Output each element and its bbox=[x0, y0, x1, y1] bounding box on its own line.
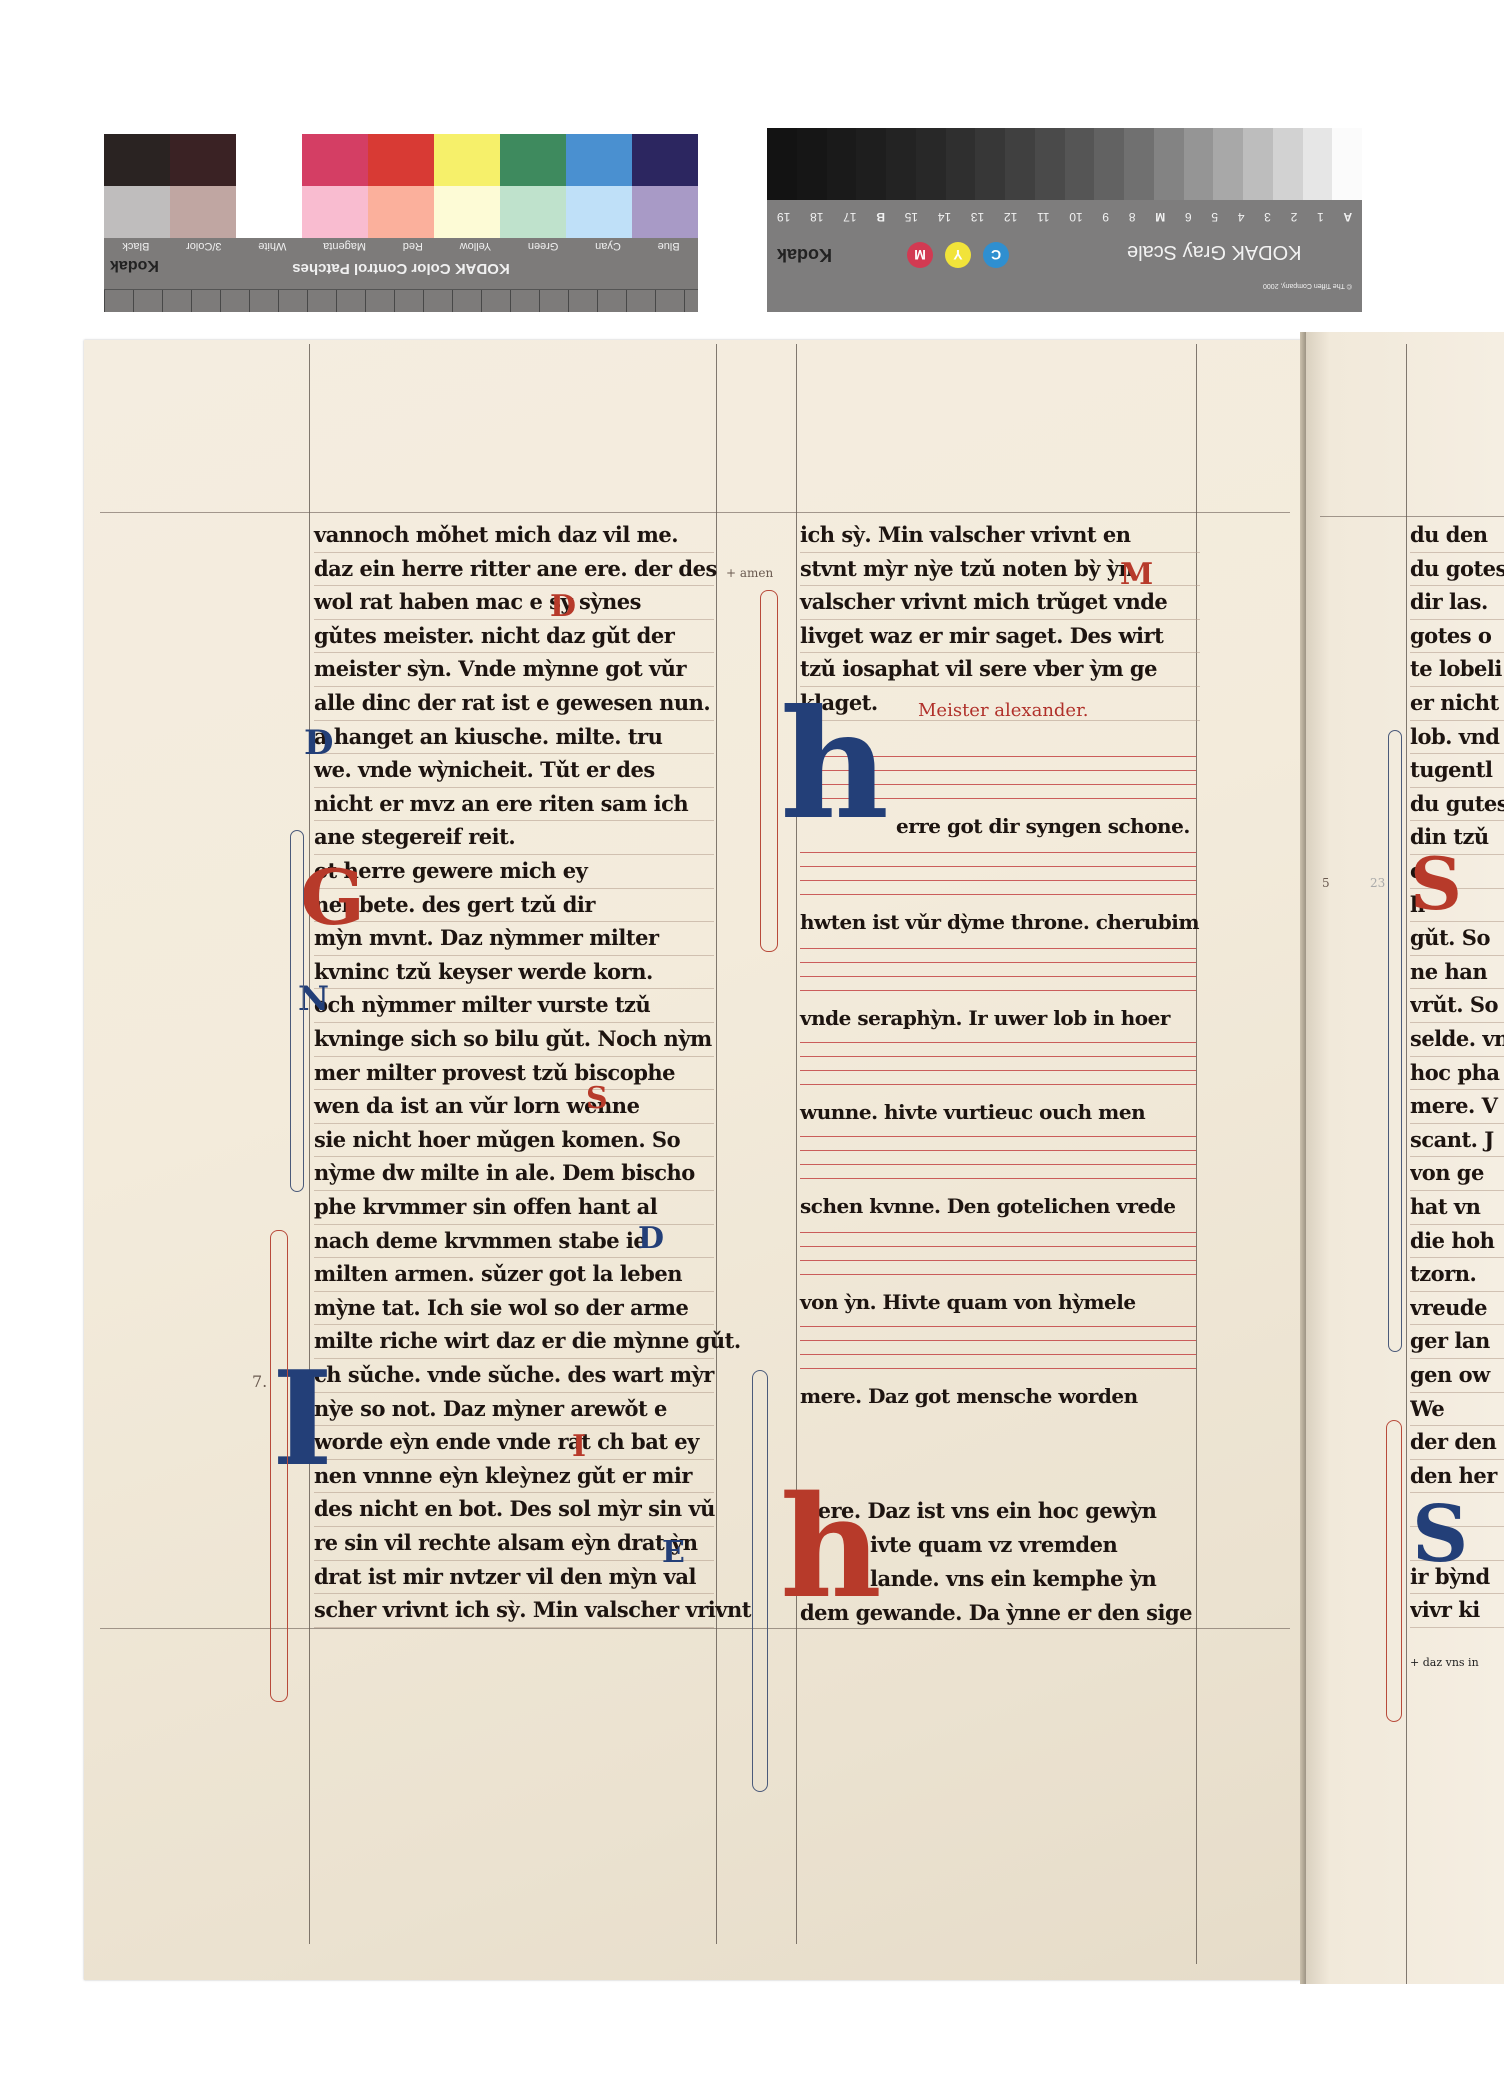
text-line: te lobeli bbox=[1410, 658, 1502, 679]
text-line: alle dinc der rat ist e gewesen nun. bbox=[314, 692, 710, 713]
ruled-line bbox=[314, 1526, 714, 1527]
ruled-line bbox=[314, 1089, 714, 1090]
text-line: du den bbox=[1410, 524, 1488, 545]
color-patch bbox=[632, 134, 698, 238]
margin-note: 7. bbox=[252, 1372, 267, 1391]
ruled-line bbox=[314, 820, 714, 821]
ruled-line bbox=[314, 955, 714, 956]
gray-step-label: 2 bbox=[1291, 210, 1298, 224]
text-line: er nicht bbox=[1410, 692, 1499, 713]
text-line: tzorn. bbox=[1410, 1263, 1476, 1284]
gray-step bbox=[886, 128, 916, 200]
color-patch bbox=[302, 134, 368, 238]
text-line: scant. J bbox=[1410, 1129, 1494, 1150]
ruled-line bbox=[314, 1627, 714, 1628]
initial-d: D bbox=[638, 1224, 664, 1254]
gray-step bbox=[916, 128, 946, 200]
text-line: lande. vns ein kemphe ỳn bbox=[870, 1568, 1156, 1589]
lyric-line: vnde seraphỳn. Ir uwer lob in hoer bbox=[800, 1008, 1170, 1028]
text-line: ger lan bbox=[1410, 1330, 1490, 1351]
ruled-line bbox=[314, 1190, 714, 1191]
text-line: gǔt. So bbox=[1410, 927, 1490, 948]
ruled-line bbox=[1410, 1224, 1504, 1225]
gray-step-label: 19 bbox=[777, 210, 790, 224]
music-staff-line bbox=[800, 1070, 1196, 1071]
ruled-line bbox=[1410, 1392, 1504, 1393]
rubric-heading: Meister alexander. bbox=[918, 700, 1088, 721]
pen-flourish bbox=[752, 1370, 768, 1792]
initial-s: S bbox=[1410, 848, 1462, 920]
gray-step bbox=[1303, 128, 1333, 200]
gray-step-label: 13 bbox=[971, 210, 984, 224]
ruled-line bbox=[1410, 720, 1504, 721]
text-line: vrǔt. So bbox=[1410, 994, 1498, 1015]
text-column-left: vannoch mǒhet mich daz vil me.daz ein he… bbox=[314, 520, 714, 1630]
music-staff-line bbox=[800, 1232, 1196, 1233]
music-staff-line bbox=[800, 962, 1196, 963]
text-line: du gotes bbox=[1410, 558, 1504, 579]
initial-m: M bbox=[1120, 560, 1153, 590]
pen-flourish bbox=[760, 590, 778, 952]
text-line: daz ein herre ritter ane ere. der des bbox=[314, 558, 717, 579]
ruled-line bbox=[800, 619, 1200, 620]
ruled-line bbox=[314, 1022, 714, 1023]
gray-step-label: 14 bbox=[938, 210, 951, 224]
initial-h-large: h bbox=[780, 690, 889, 840]
ruled-line bbox=[314, 787, 714, 788]
ruled-line bbox=[314, 888, 714, 889]
ruled-line bbox=[1410, 552, 1504, 553]
ruled-line bbox=[314, 1358, 714, 1359]
music-staff-line bbox=[800, 1056, 1196, 1057]
copyright-text: © The Tiffen Company, 2000 bbox=[1263, 282, 1352, 289]
text-line: wol rat haben mac e sy sỳnes bbox=[314, 591, 641, 612]
ruled-line bbox=[314, 988, 714, 989]
lyric-line: schen kvnne. Den gotelichen vrede bbox=[800, 1196, 1176, 1216]
ruling-line bbox=[1320, 516, 1504, 517]
gray-step bbox=[1243, 128, 1273, 200]
ruled-line bbox=[1410, 652, 1504, 653]
text-line: hoc pha bbox=[1410, 1062, 1499, 1083]
gray-step-label: 12 bbox=[1004, 210, 1017, 224]
ruled-line bbox=[314, 652, 714, 653]
text-line: re sin vil rechte alsam eỳn drat ỳn bbox=[314, 1532, 697, 1553]
ruled-line bbox=[1410, 1425, 1504, 1426]
ruled-line bbox=[1410, 1593, 1504, 1594]
text-line: kvninge sich so bilu gǔt. Noch nỳm bbox=[314, 1028, 712, 1049]
music-staff-line bbox=[800, 1326, 1196, 1327]
lyric-line: hwten ist vǔr dỳme throne. cherubim bbox=[800, 912, 1199, 932]
ruling-line bbox=[796, 344, 797, 1944]
text-line: kvninc tzǔ keyser werde korn. bbox=[314, 961, 653, 982]
music-staff-line bbox=[800, 1340, 1196, 1341]
ruled-line bbox=[1410, 820, 1504, 821]
margin-note: 23 bbox=[1370, 876, 1385, 890]
color-card-title: KODAK Color Control Patches bbox=[292, 260, 510, 277]
ruled-line bbox=[314, 1459, 714, 1460]
ruled-line bbox=[314, 1593, 714, 1594]
music-staff-line bbox=[800, 1354, 1196, 1355]
gray-card-label-strip: A123456M89101112131415B171819 KODAK Gray… bbox=[767, 200, 1362, 312]
ruled-line bbox=[1410, 1022, 1504, 1023]
gray-card-title: KODAK Gray Scale bbox=[1127, 240, 1302, 263]
ruled-line bbox=[1410, 1156, 1504, 1157]
ruled-line bbox=[1410, 955, 1504, 956]
lyric-line: mere. Daz got mensche worden bbox=[800, 1386, 1138, 1406]
gray-step-label: M bbox=[1155, 210, 1165, 224]
text-line: milten armen. sǔzer got la leben bbox=[314, 1263, 682, 1284]
patch-label: Red bbox=[403, 240, 423, 252]
text-line: meister sỳn. Vnde mỳnne got vǔr bbox=[314, 658, 686, 679]
kodak-color-control-patches: BlueCyanGreenYellowRedMagentaWhite3/Colo… bbox=[104, 134, 698, 312]
gray-step bbox=[1213, 128, 1243, 200]
gray-step bbox=[1035, 128, 1065, 200]
initial-d: D bbox=[550, 592, 576, 622]
text-line: ne han bbox=[1410, 961, 1487, 982]
ruled-line bbox=[1410, 988, 1504, 989]
ruled-line bbox=[314, 1156, 714, 1157]
text-line: nỳme dw milte in ale. Dem bischo bbox=[314, 1162, 695, 1183]
initial-s: S bbox=[586, 1084, 608, 1114]
pen-flourish bbox=[1388, 730, 1402, 1352]
text-line: nen vnnne eỳn kleỳnez gǔt er mir bbox=[314, 1465, 692, 1486]
color-patch bbox=[566, 134, 632, 238]
text-line: sie nicht hoer mǔgen komen. So bbox=[314, 1129, 680, 1150]
music-staff-line bbox=[800, 1260, 1196, 1261]
ruled-line bbox=[1410, 1291, 1504, 1292]
text-line: valscher vrivnt mich trǔget vnde bbox=[800, 591, 1167, 612]
text-line: ivte quam vz vremden bbox=[870, 1534, 1117, 1555]
lyric-line: wunne. hivte vurtieuc ouch men bbox=[800, 1102, 1145, 1122]
gray-step-label: A bbox=[1343, 210, 1352, 224]
gray-step-label: 5 bbox=[1211, 210, 1218, 224]
margin-note: 5 bbox=[1322, 876, 1330, 890]
text-line: ch sǔche. vnde sǔche. des wart mỳr bbox=[314, 1364, 714, 1385]
cmy-dot-c: C bbox=[983, 242, 1009, 268]
text-line: selde. vn bbox=[1410, 1028, 1504, 1049]
ruled-line bbox=[1410, 1257, 1504, 1258]
music-staff-line bbox=[800, 866, 1196, 867]
color-patch-grid bbox=[104, 134, 698, 238]
ruled-line bbox=[1410, 1324, 1504, 1325]
kodak-logo: Kodak bbox=[777, 244, 832, 265]
text-line: gotes o bbox=[1410, 625, 1491, 646]
cmy-dot-y: Y bbox=[945, 242, 971, 268]
patch-label: 3/Color bbox=[186, 240, 221, 252]
text-line: von ge bbox=[1410, 1162, 1484, 1183]
pen-flourish bbox=[270, 1230, 288, 1702]
ruled-line bbox=[314, 921, 714, 922]
text-line: nỳe so not. Daz mỳner arewǒt e bbox=[314, 1398, 667, 1419]
gray-step bbox=[856, 128, 886, 200]
ruled-line bbox=[1410, 585, 1504, 586]
text-line: dir las. bbox=[1410, 591, 1488, 612]
pen-flourish bbox=[290, 830, 304, 1192]
text-line: we. vnde wỳnicheit. Tǔt er des bbox=[314, 759, 655, 780]
ruled-line bbox=[314, 1392, 714, 1393]
gray-step-label: B bbox=[876, 210, 885, 224]
gray-step-label: 6 bbox=[1185, 210, 1192, 224]
kodak-logo: Kodak bbox=[110, 256, 159, 274]
gray-step bbox=[975, 128, 1005, 200]
patch-label: Green bbox=[528, 240, 559, 252]
music-staff-line bbox=[800, 1164, 1196, 1165]
ruled-line bbox=[800, 552, 1200, 553]
color-patch bbox=[170, 134, 236, 238]
text-line: gen ow bbox=[1410, 1364, 1490, 1385]
ruled-line bbox=[1410, 753, 1504, 754]
music-staff-line bbox=[800, 1274, 1196, 1275]
ruled-line bbox=[314, 1257, 714, 1258]
music-staff-line bbox=[800, 948, 1196, 949]
ruled-line bbox=[314, 1492, 714, 1493]
gray-step-label: 1 bbox=[1317, 210, 1324, 224]
text-line: der den bbox=[1410, 1431, 1496, 1452]
color-patch bbox=[104, 134, 170, 238]
text-line: mỳne tat. Ich sie wol so der arme bbox=[314, 1297, 688, 1318]
music-staff-line bbox=[800, 1178, 1196, 1179]
gray-step bbox=[1154, 128, 1184, 200]
music-staff-line bbox=[800, 880, 1196, 881]
text-line: milte riche wirt daz er die mỳnne gǔt. bbox=[314, 1330, 741, 1351]
text-line: a hanget an kiusche. milte. tru bbox=[314, 726, 662, 747]
ruler-scale bbox=[104, 289, 698, 312]
text-line: mer milter provest tzǔ biscophe bbox=[314, 1062, 675, 1083]
ruled-line bbox=[314, 720, 714, 721]
gray-step bbox=[1094, 128, 1124, 200]
pen-flourish bbox=[1386, 1420, 1402, 1722]
ruled-line bbox=[1410, 1056, 1504, 1057]
ruling-line bbox=[309, 344, 310, 1944]
text-line: worde eỳn ende vnde rat ch bat ey bbox=[314, 1431, 699, 1452]
text-line: mỳn mvnt. Daz nỳmmer milter bbox=[314, 927, 659, 948]
patch-label: White bbox=[258, 240, 286, 252]
music-staff-line bbox=[800, 1368, 1196, 1369]
ruled-line bbox=[314, 1324, 714, 1325]
ruling-line bbox=[716, 344, 717, 1944]
patch-label: Black bbox=[122, 240, 149, 252]
ruled-line bbox=[314, 585, 714, 586]
text-line: tugentl bbox=[1410, 759, 1492, 780]
gray-step-label: 10 bbox=[1069, 210, 1082, 224]
color-patch-labels: BlueCyanGreenYellowRedMagentaWhite3/Colo… bbox=[104, 240, 698, 252]
initial-s: S bbox=[1412, 1496, 1468, 1574]
text-line: vreude bbox=[1410, 1297, 1487, 1318]
music-staff-line bbox=[800, 894, 1196, 895]
ruled-line bbox=[314, 1291, 714, 1292]
text-line: nach deme krvmmen stabe ie bbox=[314, 1230, 646, 1251]
gray-step bbox=[827, 128, 857, 200]
ruled-line bbox=[1410, 1459, 1504, 1460]
gray-step-label: 11 bbox=[1037, 210, 1049, 224]
color-patch bbox=[500, 134, 566, 238]
patch-label: Blue bbox=[658, 240, 680, 252]
initial-d: D bbox=[304, 726, 333, 760]
cmy-dots: MYC bbox=[907, 242, 1009, 268]
music-staff-line bbox=[800, 1084, 1196, 1085]
ruling-line bbox=[100, 512, 1290, 513]
ruled-line bbox=[314, 1560, 714, 1561]
gray-step bbox=[1005, 128, 1035, 200]
ruled-line bbox=[1410, 1190, 1504, 1191]
color-patch bbox=[368, 134, 434, 238]
ruled-line bbox=[314, 854, 714, 855]
gray-step-label: 3 bbox=[1264, 210, 1271, 224]
text-line: vannoch mǒhet mich daz vil me. bbox=[314, 524, 678, 545]
ruled-line bbox=[1410, 686, 1504, 687]
music-staff-line bbox=[800, 990, 1196, 991]
text-line: vivr ki bbox=[1410, 1599, 1480, 1620]
gray-step bbox=[767, 128, 797, 200]
ruled-line bbox=[800, 652, 1200, 653]
initial-e: E bbox=[662, 1538, 685, 1568]
gray-step bbox=[1332, 128, 1362, 200]
ruled-line bbox=[1410, 1627, 1504, 1628]
ruled-line bbox=[314, 1123, 714, 1124]
color-patch bbox=[236, 134, 302, 238]
gray-step bbox=[1184, 128, 1214, 200]
patch-label: Cyan bbox=[595, 240, 621, 252]
margin-note: + daz vns in bbox=[1410, 1656, 1479, 1669]
gray-step bbox=[946, 128, 976, 200]
text-line: ane stegereif reit. bbox=[314, 826, 515, 847]
initial-i: I bbox=[572, 1432, 586, 1462]
text-line: och nỳmmer milter vurste tzǔ bbox=[314, 994, 650, 1015]
lyric-line: erre got dir syngen schone. bbox=[896, 816, 1190, 836]
ruling-line bbox=[1406, 344, 1407, 1984]
cmy-dot-m: M bbox=[907, 242, 933, 268]
music-staff-line bbox=[800, 1136, 1196, 1137]
music-staff-line bbox=[800, 1246, 1196, 1247]
gray-step bbox=[1273, 128, 1303, 200]
text-line: den her bbox=[1410, 1465, 1497, 1486]
text-line: nicht er mvz an ere riten sam ich bbox=[314, 793, 688, 814]
ruled-line bbox=[314, 753, 714, 754]
ruled-line bbox=[314, 619, 714, 620]
gray-step bbox=[797, 128, 827, 200]
initial-g: G bbox=[300, 860, 365, 936]
initial-h-large: h bbox=[780, 1478, 882, 1618]
music-staff-line bbox=[800, 1042, 1196, 1043]
margin-note: + amen bbox=[726, 566, 773, 580]
gray-step bbox=[1124, 128, 1154, 200]
ruled-line bbox=[314, 552, 714, 553]
text-line: scher vrivnt ich sỳ. Min valscher vrivnt bbox=[314, 1599, 751, 1620]
text-line: drat ist mir nvtzer vil den mỳn val bbox=[314, 1566, 696, 1587]
text-line: stvnt mỳr nỳe tzǔ noten bỳ ỳn bbox=[800, 558, 1133, 579]
gray-step-label: 8 bbox=[1129, 210, 1136, 224]
color-patch bbox=[434, 134, 500, 238]
patch-label: Yellow bbox=[460, 240, 491, 252]
gray-step-label: 9 bbox=[1102, 210, 1109, 224]
color-card-label-strip: BlueCyanGreenYellowRedMagentaWhite3/Colo… bbox=[104, 238, 698, 312]
text-line: die hoh bbox=[1410, 1230, 1494, 1251]
ruled-line bbox=[1410, 787, 1504, 788]
gray-step bbox=[1065, 128, 1095, 200]
patch-label: Magenta bbox=[323, 240, 366, 252]
ruled-line bbox=[314, 1056, 714, 1057]
gray-step-label: 18 bbox=[810, 210, 823, 224]
gray-step-numbers: A123456M89101112131415B171819 bbox=[767, 210, 1362, 224]
text-line: phe krvmmer sin offen hant al bbox=[314, 1196, 657, 1217]
ruled-line bbox=[1410, 1123, 1504, 1124]
text-line: lob. vnd bbox=[1410, 726, 1499, 747]
text-line: gǔtes meister. nicht daz gǔt der bbox=[314, 625, 674, 646]
music-staff-line bbox=[800, 1150, 1196, 1151]
ruled-line bbox=[1410, 1089, 1504, 1090]
ruled-line bbox=[314, 686, 714, 687]
text-line: des nicht en bot. Des sol mỳr sin vǔ bbox=[314, 1498, 715, 1519]
text-line: ich sỳ. Min valscher vrivnt en bbox=[800, 524, 1131, 545]
text-line: mere. V bbox=[1410, 1095, 1497, 1116]
gray-step-strip bbox=[767, 128, 1362, 200]
ruled-line bbox=[314, 1425, 714, 1426]
kodak-gray-scale: A123456M89101112131415B171819 KODAK Gray… bbox=[767, 128, 1362, 312]
ruled-line bbox=[1410, 1358, 1504, 1359]
text-line: du gutes bbox=[1410, 793, 1504, 814]
gray-step-label: 15 bbox=[905, 210, 918, 224]
gray-step-label: 4 bbox=[1238, 210, 1245, 224]
lyric-line: von ỳn. Hivte quam von hỳmele bbox=[800, 1292, 1136, 1312]
text-column-right: du dendu gotesdir las.gotes ote lobelier… bbox=[1410, 520, 1504, 1650]
text-line: hat vn bbox=[1410, 1196, 1480, 1217]
music-staff-line bbox=[800, 976, 1196, 977]
ruled-line bbox=[1410, 619, 1504, 620]
text-line: livget waz er mir saget. Des wirt bbox=[800, 625, 1163, 646]
gray-step-label: 17 bbox=[843, 210, 856, 224]
text-line: We bbox=[1410, 1398, 1444, 1419]
